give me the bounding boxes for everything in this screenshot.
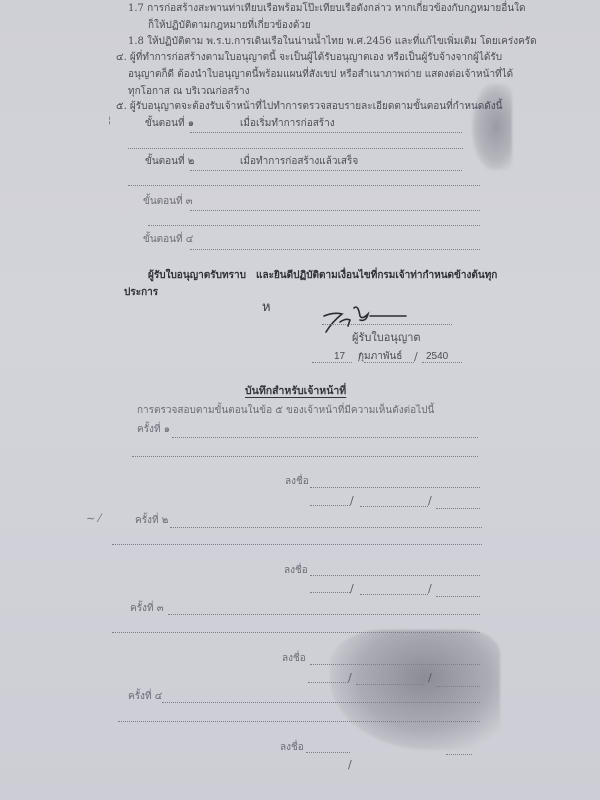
acknowledgement-line-2: ประการ [124, 287, 158, 299]
date-separator: / [350, 494, 354, 507]
clause-1-7-line-1: 1.7 การก่อสร้างสะพานท่าเทียบเรือพร้อมโป๊… [128, 3, 526, 15]
visit-line-2 [112, 632, 480, 633]
step-label: ขั้นตอนที่ ๓ [143, 196, 193, 208]
step-label: ขั้นตอนที่ ๑ [145, 118, 194, 130]
acknowledgement-left: ผู้รับใบอนุญาตรับทราบ [148, 270, 246, 282]
clause-5-line-1: ๕. ผู้รับอนุญาตจะต้องรับเจ้าหน้าที่ไปทำก… [116, 101, 502, 113]
clause-4-line-2: อนุญาตก็ดี ต้องนำใบอนุญาตนี้พร้อมแผนที่ส… [128, 69, 513, 81]
step-line-2 [128, 148, 463, 149]
visit-line-2 [132, 456, 478, 457]
acknowledgement-right: และยินดีปฏิบัติตามเงื่อนไขที่กรมเจ้าท่าก… [256, 270, 497, 282]
date-line-a [310, 505, 350, 506]
date-separator: / [348, 671, 352, 684]
date-separator: / [350, 582, 354, 595]
sign-line [310, 575, 480, 576]
signature-line [322, 324, 452, 325]
date-separator: / [348, 758, 352, 771]
date-separator: / [428, 671, 432, 684]
officer-section-heading: บันทึกสำหรับเจ้าหน้าที่ [245, 382, 346, 399]
clause-4-line-3: ทุกโอกาส ณ บริเวณก่อสร้าง [128, 86, 250, 98]
visit-label: ครั้งที่ ๑ [137, 424, 170, 436]
date-line-b [356, 684, 424, 685]
signature-caption: ผู้รับใบอนุญาต [352, 332, 421, 344]
visit-label: ครั้งที่ ๒ [135, 515, 168, 527]
toner-stain-top-right [472, 84, 512, 170]
date-line-b [360, 506, 428, 507]
step-label: ขั้นตอนที่ ๔ [143, 234, 193, 246]
date-separator: / [428, 582, 432, 595]
date-month: กุมภาพันธ์ [358, 351, 402, 363]
clause-4-line-1: ๔. ผู้ที่ทำการก่อสร้างตามใบอนุญาตนี้ จะเ… [116, 52, 502, 64]
step-line-2 [148, 225, 480, 226]
date-line-a [308, 682, 348, 683]
visit-line-2 [112, 544, 482, 545]
margin-scribble: ∼ ⁄ [86, 512, 101, 525]
date-line-c [436, 596, 480, 597]
sign-label: ลงชื่อ [280, 742, 304, 754]
sign-label: ลงชื่อ [285, 476, 309, 488]
date-day: 17 [334, 351, 345, 363]
step-value: เมื่อเริ่มทำการก่อสร้าง [240, 118, 335, 130]
visit-line [170, 527, 482, 528]
visit-line [162, 702, 480, 703]
initial-mark: ห [262, 296, 271, 317]
officer-section-intro: การตรวจสอบตามขั้นตอนในข้อ ๕ ของเจ้าหน้าท… [137, 405, 434, 417]
step-value: เมื่อทำการก่อสร้างแล้วเสร็จ [240, 156, 358, 168]
clause-1-7-line-2: ก็ให้ปฏิบัติตามกฎหมายที่เกี่ยวข้องด้วย [148, 20, 311, 32]
visit-line-2 [118, 721, 480, 722]
sign-label: ลงชื่อ [282, 653, 306, 665]
toner-stain-bottom-right [330, 630, 500, 750]
visit-label: ครั้งที่ ๓ [130, 603, 164, 615]
document-page: 1.7 การก่อสร้างสะพานท่าเทียบเรือพร้อมโป๊… [0, 0, 600, 800]
sign-line [306, 752, 350, 753]
clause-1-8-line-1: 1.8 ให้ปฏิบัติตาม พ.ร.บ.การเดินเรือในน่า… [128, 36, 537, 48]
date-day-line [312, 362, 352, 363]
visit-line [168, 614, 480, 615]
date-line-c [436, 508, 480, 509]
sign-label: ลงชื่อ [284, 565, 308, 577]
date-separator: / [428, 494, 432, 507]
margin-tick: ¦ [108, 116, 111, 126]
date-year: 2540 [426, 351, 448, 363]
date-line-b [360, 594, 428, 595]
step-line [190, 132, 462, 133]
sign-line [310, 487, 480, 488]
step-label: ขั้นตอนที่ ๒ [145, 156, 194, 168]
date-line-a [310, 592, 350, 593]
step-line-2 [128, 185, 480, 186]
sign-line-end [446, 754, 472, 755]
step-line [190, 170, 462, 171]
step-line [190, 249, 480, 250]
step-line [190, 210, 480, 211]
visit-label: ครั้งที่ ๔ [128, 691, 162, 703]
sign-line [310, 664, 480, 665]
date-line-c [436, 686, 480, 687]
date-separator: / [414, 350, 418, 363]
visit-line [172, 437, 478, 438]
